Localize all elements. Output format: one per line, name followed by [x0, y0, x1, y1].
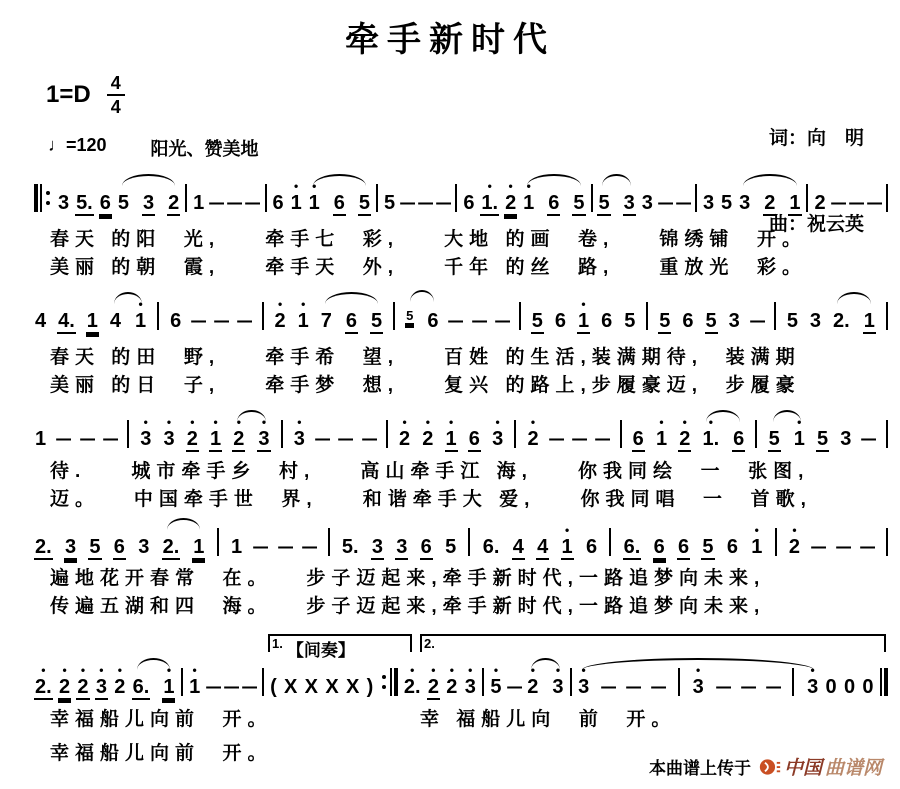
note-token: •2: [526, 418, 539, 450]
note-token: 6: [169, 300, 182, 332]
barline: [181, 667, 183, 697]
duration-dash: –: [473, 300, 486, 332]
slur-group: 4•1: [109, 300, 147, 332]
notation-line-2: 44.14•16–––•2•176556–––56•1655653–532.1: [34, 286, 888, 332]
note-token: 5: [623, 300, 636, 332]
note-token: •2: [398, 418, 411, 450]
meter-denominator: 4: [111, 96, 121, 116]
barline: [34, 183, 52, 213]
duration-dash: –: [659, 182, 672, 214]
note-token: •1: [188, 666, 201, 698]
note-token: •3: [551, 666, 564, 698]
note-token: •3: [464, 666, 477, 698]
expression-text: 阳光、赞美地: [151, 135, 259, 161]
barline: [678, 667, 680, 697]
duration-dash: –: [243, 666, 256, 698]
note-token: X: [283, 666, 298, 698]
lyrics-line-5-volta-2: 幸 福船儿向 前 开。: [420, 704, 676, 731]
note-token: 5: [572, 182, 585, 214]
note-token: 6: [333, 182, 346, 214]
note-token: •2: [232, 418, 245, 450]
note-token: •2: [504, 182, 517, 214]
slur-group: •165: [522, 182, 585, 214]
duration-dash: –: [508, 666, 521, 698]
duration-dash: –: [550, 418, 563, 450]
note-token: •2: [274, 300, 287, 332]
lyrics-line-4-verse-1: 遍地花开春常 在。 步子迈起来,牵手新时代,一路追梦向未来,: [50, 563, 765, 590]
barline: [386, 419, 388, 449]
barline: [880, 667, 888, 697]
note-token: 6: [732, 418, 745, 450]
key-signature: 1=D 4 4: [46, 74, 125, 116]
duration-dash: –: [192, 300, 205, 332]
slur-group: •1.6: [701, 418, 745, 450]
barline: [570, 667, 572, 697]
duration-dash: –: [861, 526, 874, 558]
notation-line-3: 1–––•3•3•2•1•2•3•3–––•2•2•16•3•2–––6•1•2…: [34, 404, 888, 450]
note-token: 5: [383, 182, 396, 214]
note-token: 1: [192, 526, 205, 558]
note-token: •3: [692, 666, 705, 698]
barline: [591, 183, 593, 213]
note-token: •1: [561, 526, 574, 558]
duration-dash: –: [279, 526, 292, 558]
note-token: 6: [547, 182, 560, 214]
note-token: 5.: [75, 182, 94, 214]
duration-dash: –: [246, 182, 259, 214]
note-token: •2: [113, 666, 126, 698]
note-token: 5: [358, 182, 371, 214]
duration-dash: –: [449, 300, 462, 332]
note-token: 3: [142, 182, 155, 214]
note-token: X: [324, 666, 339, 698]
notation-line-1: 35.65321–––6•1•1655–––6•1.•2•165533––353…: [34, 168, 888, 214]
note-token: 2.: [34, 526, 53, 558]
lyrics-line-3-verse-2: 迈。 中国牵手世 界, 和谐牵手大 爱, 你我同唱 一 首歌,: [50, 484, 812, 511]
note-token: 5: [531, 300, 544, 332]
slur-group: •2•3: [526, 666, 564, 698]
note-token: 6: [653, 526, 666, 558]
note-token: 4: [109, 300, 122, 332]
barline: [646, 301, 648, 331]
duration-dash: –: [104, 418, 117, 450]
note-token: •2: [788, 526, 801, 558]
note-token: 3: [395, 526, 408, 558]
note-token: •1: [793, 418, 806, 450]
note-token: •1.: [701, 418, 720, 450]
note-token: 1: [788, 182, 801, 214]
note-token: 5: [444, 526, 457, 558]
duration-dash: –: [316, 418, 329, 450]
slur-group: 532: [117, 182, 180, 214]
barline: [792, 667, 794, 697]
barline: [185, 183, 187, 213]
barline: [328, 527, 330, 557]
note-token: 5: [117, 182, 130, 214]
lyrics-line-2-verse-1: 春天 的田 野, 牵手希 望, 百姓 的生活,装满期待, 装满期: [50, 342, 801, 369]
duration-dash: –: [832, 182, 845, 214]
duration-dash: –: [228, 182, 241, 214]
duration-dash: –: [437, 182, 450, 214]
uploaded-by-text: 本曲谱上传于: [649, 754, 751, 779]
site-name-light: 曲谱网: [825, 753, 882, 780]
note-token: (: [269, 666, 278, 698]
note-token: 0: [825, 666, 838, 698]
note-token: 4: [512, 526, 525, 558]
barline: [886, 419, 888, 449]
note-token: •3: [491, 418, 504, 450]
note-token: 3: [728, 300, 741, 332]
duration-dash: –: [812, 526, 825, 558]
note-token: •2: [427, 666, 440, 698]
lyricist-line: 词：向 明: [769, 125, 864, 154]
note-token: 0: [843, 666, 856, 698]
note-token: •2: [526, 666, 539, 698]
barline: [886, 527, 888, 557]
barline: [886, 301, 888, 331]
barline: [468, 527, 470, 557]
note-token: 5: [658, 300, 671, 332]
song-title: 牵手新时代: [0, 12, 900, 61]
note-token: •3: [293, 418, 306, 450]
grace-note: 5: [405, 298, 414, 323]
volta-1-bracket: 1.【间奏】: [268, 634, 412, 652]
duration-dash: –: [602, 666, 615, 698]
barline: [217, 527, 219, 557]
tempo-line: ♩=120 阳光、赞美地: [48, 135, 259, 161]
lyrics-line-5-verse-1: 幸福船儿向前 开。: [50, 704, 273, 731]
composer-name: 祝云英: [807, 214, 864, 235]
note-token: 4: [536, 526, 549, 558]
note-token: ): [366, 666, 375, 698]
slur-group: •165: [308, 182, 371, 214]
note-token: X: [304, 666, 319, 698]
duration-dash: –: [339, 418, 352, 450]
duration-dash: –: [225, 666, 238, 698]
duration-dash: –: [596, 418, 609, 450]
note-token: 6: [420, 526, 433, 558]
note-token: 1: [192, 182, 205, 214]
note-token: •1: [290, 182, 303, 214]
duration-dash: –: [401, 182, 414, 214]
duration-dash: –: [210, 182, 223, 214]
note-token: 4.: [57, 300, 76, 332]
duration-dash: –: [677, 182, 690, 214]
barline: [774, 301, 776, 331]
note-token: 1: [86, 300, 99, 332]
duration-dash: –: [238, 300, 251, 332]
note-token: •2: [58, 666, 71, 698]
note-token: •1: [308, 182, 321, 214]
music-disc-icon: [759, 756, 781, 778]
duration-dash: –: [751, 300, 764, 332]
barline: [376, 183, 378, 213]
note-token: 6.: [623, 526, 642, 558]
note-token: •1.: [480, 182, 499, 214]
note-token: 6.: [482, 526, 501, 558]
note-token: 1: [230, 526, 243, 558]
duration-dash: –: [419, 182, 432, 214]
note-token: 3: [64, 526, 77, 558]
note-token: 2.: [832, 300, 851, 332]
note-token: 5: [597, 182, 610, 214]
note-token: •3: [257, 418, 270, 450]
note-token: •3: [95, 666, 108, 698]
note-token: 3: [137, 526, 150, 558]
note-token: •1: [209, 418, 222, 450]
slur-group: 765: [320, 300, 383, 332]
barline: [755, 419, 757, 449]
barline: [519, 301, 521, 331]
note-token: 5: [370, 300, 383, 332]
note-token: 3: [702, 182, 715, 214]
barline: [886, 183, 888, 213]
slur-group: 6.•1: [132, 666, 176, 698]
note-token: •1: [655, 418, 668, 450]
barline: [393, 301, 395, 331]
note-token: 1: [863, 300, 876, 332]
note-token: •2: [678, 418, 691, 450]
notation-line-5: •2.•2•2•3•26.•1•1–––(XXXX)•2.•2•2•3•5–•2…: [34, 652, 888, 698]
note-token: 6: [585, 526, 598, 558]
note-token: 5: [786, 300, 799, 332]
note-token: 6: [677, 526, 690, 558]
note-token: •1: [134, 300, 147, 332]
note-token: •2: [186, 418, 199, 450]
note-token: 5: [720, 182, 733, 214]
note-token: X: [345, 666, 360, 698]
note-token: 6: [99, 182, 112, 214]
barline: [262, 301, 264, 331]
note-token: 2: [763, 182, 776, 214]
duration-dash: –: [573, 418, 586, 450]
lyrics-line-1-verse-2: 美丽 的朝 霞, 牵手天 外, 千年 的丝 路, 重放光 彩。: [50, 252, 807, 279]
lyricist-label: 词：: [769, 128, 807, 149]
note-token: 3: [57, 182, 70, 214]
note-token: 3: [371, 526, 384, 558]
lyrics-line-4-verse-2: 传遍五湖和四 海。 步子迈起来,牵手新时代,一路追梦向未来,: [50, 591, 765, 618]
note-token: 5: [88, 526, 101, 558]
note-token: •3: [806, 666, 819, 698]
barline: [265, 183, 267, 213]
barline: [695, 183, 697, 213]
lyrics-line-1-verse-1: 春天 的阳 光, 牵手七 彩, 大地 的画 卷, 锦绣铺 开。: [50, 224, 807, 251]
slur-group: 2.1: [162, 526, 206, 558]
duration-dash: –: [215, 300, 228, 332]
note-token: 6: [113, 526, 126, 558]
note-token: 6: [426, 300, 439, 332]
lyricist-name: 向 明: [807, 128, 864, 149]
note-token: •3: [577, 666, 590, 698]
note-token: •2: [76, 666, 89, 698]
duration-dash: –: [254, 526, 267, 558]
site-logo: 中国 曲谱网: [759, 753, 882, 780]
note-token: •1: [522, 182, 535, 214]
meter-numerator: 4: [107, 74, 125, 96]
note-token: 6: [681, 300, 694, 332]
note-token: •3: [162, 418, 175, 450]
barline: [157, 301, 159, 331]
note-token: •1: [162, 666, 175, 698]
note-token: •1: [577, 300, 590, 332]
duration-dash: –: [303, 526, 316, 558]
note-token: 2.: [162, 526, 181, 558]
note-token: •1: [297, 300, 310, 332]
duration-dash: –: [862, 418, 875, 450]
slur-group: 53: [597, 182, 635, 214]
barline: [482, 667, 484, 697]
note-token: •2: [445, 666, 458, 698]
duration-dash: –: [496, 300, 509, 332]
volta-2-bracket: 2.: [420, 634, 886, 652]
duration-dash: –: [57, 418, 70, 450]
barline: [380, 667, 398, 697]
lyrics-line-2-verse-2: 美丽 的日 子, 牵手梦 想, 复兴 的路上,步履豪迈, 步履豪: [50, 370, 801, 397]
note-token: 6: [271, 182, 284, 214]
note-token: 5: [701, 526, 714, 558]
barline: [775, 527, 777, 557]
slur-group: 2.1: [832, 300, 876, 332]
note-token: •3: [139, 418, 152, 450]
note-token: 3: [623, 182, 636, 214]
tempo-marking: ♩=120: [48, 135, 107, 161]
slur-group: •3–––•3–––•3: [577, 666, 819, 698]
note-token: 7: [320, 300, 333, 332]
barline: [620, 419, 622, 449]
lyrics-line-5-verse-2: 幸福船儿向前 开。: [50, 738, 273, 765]
note-token: 6: [726, 526, 739, 558]
duration-dash: –: [81, 418, 94, 450]
note-token: 3: [738, 182, 751, 214]
duration-dash: –: [767, 666, 780, 698]
barline: [127, 419, 129, 449]
slur-group: 321: [738, 182, 801, 214]
duration-dash: –: [207, 666, 220, 698]
note-token: •1: [445, 418, 458, 450]
note-token: 6: [554, 300, 567, 332]
note-token: •1: [750, 526, 763, 558]
note-token: 6: [468, 418, 481, 450]
note-token: •2: [421, 418, 434, 450]
duration-dash: –: [742, 666, 755, 698]
note-token: 5: [768, 418, 781, 450]
note-token: 4: [34, 300, 47, 332]
duration-dash: –: [717, 666, 730, 698]
note-token: 2: [167, 182, 180, 214]
key-label: 1=D: [46, 81, 91, 109]
note-token: 2: [813, 182, 826, 214]
sheet-music-page: 牵手新时代 1=D 4 4 词：向 明 曲：祝云英 ♩=120 阳光、赞美地 3…: [0, 0, 900, 789]
barline: [609, 527, 611, 557]
note-token: 0: [861, 666, 874, 698]
note-token: 6.: [132, 666, 151, 698]
note-token: 3: [641, 182, 654, 214]
barline: [262, 667, 264, 697]
duration-dash: –: [868, 182, 881, 214]
note-token: •2.: [34, 666, 53, 698]
barline: [514, 419, 516, 449]
site-name-dark: 中国: [784, 753, 822, 780]
note-token: •5: [489, 666, 502, 698]
note-token: 6: [632, 418, 645, 450]
note-token: 3: [839, 418, 852, 450]
footer-credit: 本曲谱上传于 中国 曲谱网: [649, 753, 882, 780]
notation-line-4: 2.35632.11–––5.33656.44•166.6656•1•2–––: [34, 512, 888, 558]
duration-dash: –: [652, 666, 665, 698]
note-token: 6: [600, 300, 613, 332]
barline: [281, 419, 283, 449]
note-token: 3: [809, 300, 822, 332]
slur-group: 5•1: [768, 418, 806, 450]
note-token: 5.: [341, 526, 360, 558]
note-token: 5: [816, 418, 829, 450]
note-token: •2.: [403, 666, 422, 698]
duration-dash: –: [850, 182, 863, 214]
lyrics-line-3-verse-1: 待. 城市牵手乡 村, 高山牵手江 海, 你我同绘 一 张图,: [50, 456, 809, 483]
time-signature: 4 4: [107, 74, 125, 116]
duration-dash: –: [627, 666, 640, 698]
barline: [806, 183, 808, 213]
volta-1-number: 1.: [272, 636, 283, 651]
note-token: 6: [345, 300, 358, 332]
slur-group: •2•3: [232, 418, 270, 450]
note-token: 5: [705, 300, 718, 332]
note-token: 6: [462, 182, 475, 214]
slur-group: 56: [405, 298, 439, 332]
duration-dash: –: [363, 418, 376, 450]
barline: [455, 183, 457, 213]
volta-2-number: 2.: [424, 636, 435, 651]
note-token: 1: [34, 418, 47, 450]
duration-dash: –: [837, 526, 850, 558]
